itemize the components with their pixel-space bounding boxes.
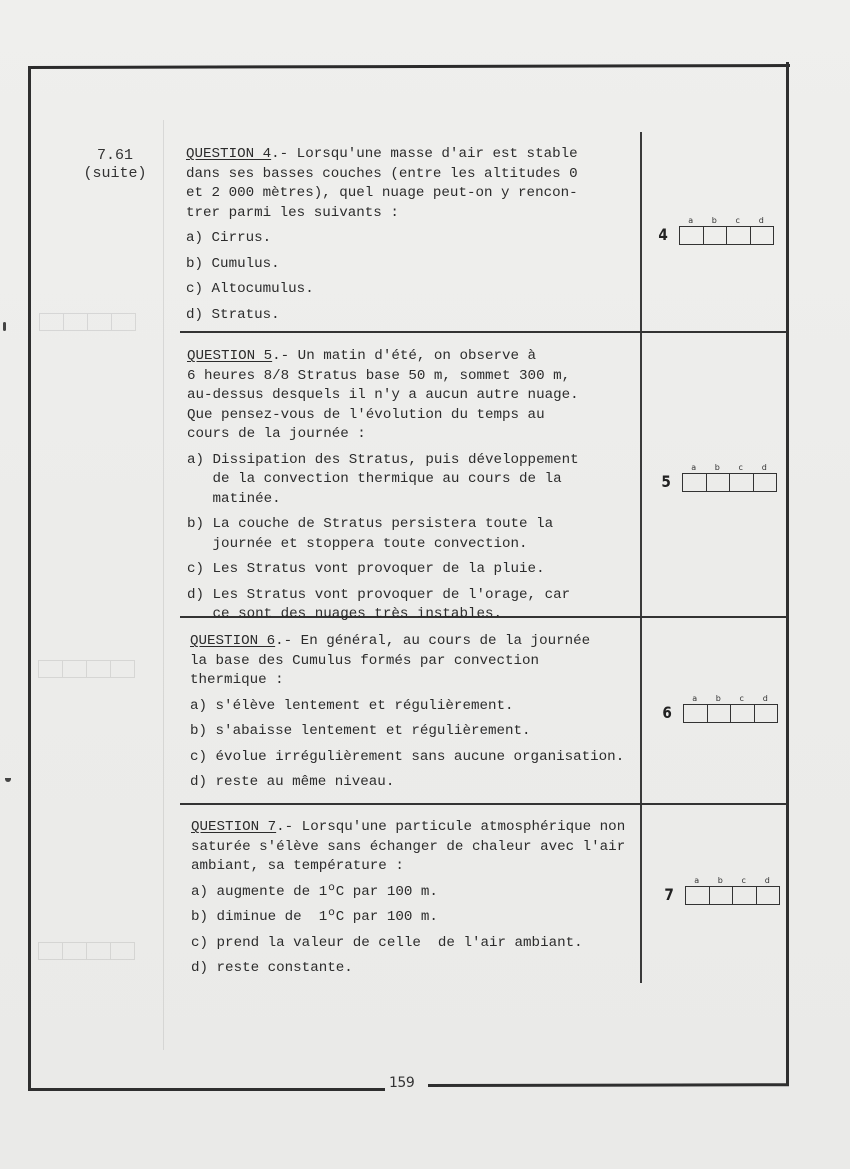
answer-grid-letter: d [756, 876, 780, 886]
option-text: s'abaisse lentement et régulièrement. [216, 722, 640, 742]
answer-grid-letter: d [753, 463, 777, 473]
option-letter: a) [190, 697, 216, 717]
question-label: QUESTION 5 [187, 348, 272, 364]
option-a: a) s'élève lentement et régulièrement. [190, 697, 640, 717]
section-number: 7.61 (suite) [80, 147, 150, 183]
answer-cell-d[interactable] [754, 474, 777, 491]
question-4: QUESTION 4.- Lorsqu'une masse d'air est … [186, 145, 636, 325]
answer-cell-c[interactable] [731, 705, 755, 722]
answer-cell-b[interactable] [710, 887, 734, 904]
answer-grid-number: 7 [664, 885, 679, 905]
answer-cell-c[interactable] [730, 474, 754, 491]
option-text: La couche de Stratus persistera toute la… [213, 515, 637, 554]
answer-grid-question-4: 4 a b c d [657, 216, 774, 245]
answer-grid-letter: b [709, 876, 733, 886]
question-6: QUESTION 6.- En général, au cours de la … [190, 632, 640, 793]
section-number-value: 7.61 [80, 147, 150, 165]
option-letter: b) [190, 722, 216, 742]
option-text: Altocumulus. [212, 280, 636, 300]
scanned-page: 159 7.61 (suite) QUESTION 4.- Lorsqu'une… [0, 0, 850, 1169]
option-c: c) prend la valeur de celle de l'air amb… [191, 934, 641, 954]
answer-grid-question-6: 6 a b c d [661, 694, 778, 723]
option-d: d) reste constante. [191, 959, 641, 979]
answer-grid-letter: a [683, 694, 707, 704]
scan-edge-mark [5, 778, 11, 782]
option-c: c) évolue irrégulièrement sans aucune or… [190, 748, 640, 768]
question-stem: QUESTION 5.- Un matin d'été, on observe … [187, 347, 637, 445]
option-b: b) La couche de Stratus persistera toute… [187, 515, 637, 554]
option-b: b) diminue de 1ºC par 100 m. [191, 908, 641, 928]
option-a: a) Cirrus. [186, 229, 636, 249]
option-text: prend la valeur de celle de l'air ambian… [217, 934, 641, 954]
answer-grid-letter: a [685, 876, 709, 886]
answer-grid-letter: b [706, 463, 730, 473]
option-text: reste au même niveau. [216, 773, 640, 793]
option-d: d) Stratus. [186, 306, 636, 326]
option-text: évolue irrégulièrement sans aucune organ… [216, 748, 640, 768]
answer-cell-a[interactable] [684, 705, 708, 722]
option-list: a) Dissipation des Stratus, puis dévelop… [187, 451, 637, 625]
answer-grid-letter: c [730, 694, 754, 704]
option-letter: d) [186, 306, 212, 326]
option-letter: b) [191, 908, 217, 928]
answer-grid-letter: a [679, 216, 703, 226]
option-c: c) Altocumulus. [186, 280, 636, 300]
option-letter: d) [187, 586, 213, 625]
frame-border-top [28, 64, 790, 69]
answer-cell-c[interactable] [733, 887, 757, 904]
bleed-through-answer-box [38, 660, 135, 678]
option-letter: c) [191, 934, 217, 954]
option-text: s'élève lentement et régulièrement. [216, 697, 640, 717]
option-text: augmente de 1ºC par 100 m. [217, 883, 641, 903]
option-d: d) reste au même niveau. [190, 773, 640, 793]
answer-cell-b[interactable] [704, 227, 728, 244]
section-continued-label: (suite) [80, 165, 150, 183]
option-letter: a) [186, 229, 212, 249]
option-text: Les Stratus vont provoquer de la pluie. [213, 560, 637, 580]
question-stem: QUESTION 4.- Lorsqu'une masse d'air est … [186, 145, 636, 223]
option-letter: c) [190, 748, 216, 768]
answer-grid-number: 4 [658, 225, 673, 245]
answer-cell-a[interactable] [680, 227, 704, 244]
answer-grid-number: 6 [662, 703, 677, 723]
option-text: Stratus. [212, 306, 636, 326]
option-a: a) Dissipation des Stratus, puis dévelop… [187, 451, 637, 510]
option-letter: a) [187, 451, 213, 510]
option-list: a) Cirrus. b) Cumulus. c) Altocumulus. d… [186, 229, 636, 325]
scan-edge-mark [3, 322, 6, 331]
answer-grid-letter: c [732, 876, 756, 886]
question-stem: QUESTION 7.- Lorsqu'une particule atmosp… [191, 818, 641, 877]
option-b: b) s'abaisse lentement et régulièrement. [190, 722, 640, 742]
option-letter: c) [187, 560, 213, 580]
frame-border-bottom-right [428, 1083, 789, 1087]
answer-grid-letter: a [682, 463, 706, 473]
question-stem: QUESTION 6.- En général, au cours de la … [190, 632, 640, 691]
bleed-through-answer-box [38, 942, 135, 960]
option-text: Cirrus. [212, 229, 636, 249]
question-7: QUESTION 7.- Lorsqu'une particule atmosp… [191, 818, 641, 979]
frame-border-right [786, 62, 789, 1086]
option-text: Dissipation des Stratus, puis développem… [213, 451, 637, 510]
answer-grid-question-5: 5 a b c d [660, 463, 777, 492]
answer-cell-b[interactable] [708, 705, 732, 722]
answer-cell-d[interactable] [757, 887, 780, 904]
option-letter: d) [190, 773, 216, 793]
question-separator [180, 803, 787, 805]
option-letter: d) [191, 959, 217, 979]
option-letter: b) [187, 515, 213, 554]
answer-grid-letter: d [750, 216, 774, 226]
answer-cell-a[interactable] [683, 474, 707, 491]
option-text: Cumulus. [212, 255, 636, 275]
answer-grid-letter: c [726, 216, 750, 226]
frame-border-left [28, 66, 31, 1090]
answer-cell-d[interactable] [755, 705, 778, 722]
question-5: QUESTION 5.- Un matin d'été, on observe … [187, 347, 637, 625]
bleed-through-line [163, 120, 164, 1050]
answer-grid-letter: b [707, 694, 731, 704]
option-text: Les Stratus vont provoquer de l'orage, c… [213, 586, 637, 625]
question-label: QUESTION 7 [191, 819, 276, 835]
answer-grid-letter: b [703, 216, 727, 226]
answer-cell-a[interactable] [686, 887, 710, 904]
option-letter: c) [186, 280, 212, 300]
option-text: diminue de 1ºC par 100 m. [217, 908, 641, 928]
answer-grid-letter: c [729, 463, 753, 473]
answer-grid-question-7: 7 a b c d [663, 876, 780, 905]
option-list: a) s'élève lentement et régulièrement. b… [190, 697, 640, 793]
option-letter: a) [191, 883, 217, 903]
frame-border-bottom-left [28, 1088, 385, 1091]
answer-grid-letter: d [754, 694, 778, 704]
page-number: 159 [389, 1075, 414, 1091]
option-d: d) Les Stratus vont provoquer de l'orage… [187, 586, 637, 625]
question-separator [180, 331, 787, 333]
answer-cell-c[interactable] [727, 227, 751, 244]
answer-cell-d[interactable] [751, 227, 774, 244]
question-label: QUESTION 6 [190, 633, 275, 649]
answer-grid-number: 5 [661, 472, 676, 492]
option-c: c) Les Stratus vont provoquer de la plui… [187, 560, 637, 580]
bleed-through-answer-box [39, 313, 136, 331]
option-a: a) augmente de 1ºC par 100 m. [191, 883, 641, 903]
option-b: b) Cumulus. [186, 255, 636, 275]
option-list: a) augmente de 1ºC par 100 m. b) diminue… [191, 883, 641, 979]
question-label: QUESTION 4 [186, 146, 271, 162]
option-letter: b) [186, 255, 212, 275]
option-text: reste constante. [217, 959, 641, 979]
answer-cell-b[interactable] [707, 474, 731, 491]
